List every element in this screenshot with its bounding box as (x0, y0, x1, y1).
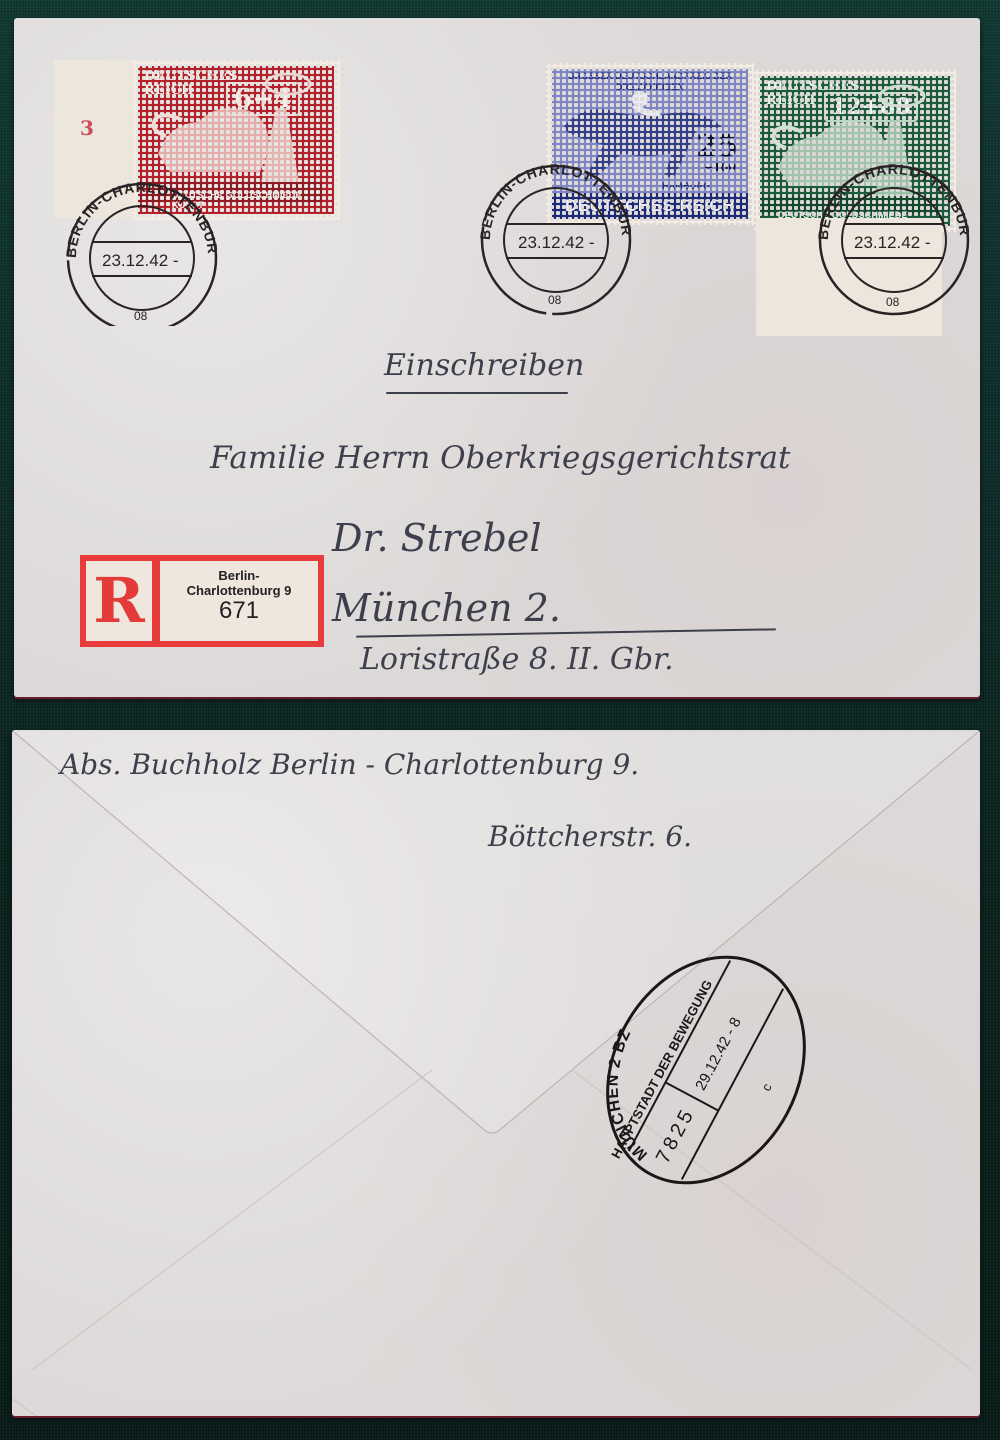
registration-letter: R (86, 561, 152, 641)
svg-text:08: 08 (134, 309, 148, 323)
stamp-caption: HAMBURG (662, 181, 710, 191)
registration-office-line1: Berlin- (160, 568, 318, 583)
registration-info: Berlin- Charlottenburg 9 671 (160, 561, 318, 641)
stamp-sheet-margin (54, 60, 136, 218)
plate-number: 3 (80, 116, 94, 140)
address-line3: München 2. (332, 586, 561, 630)
registration-label: R Berlin- Charlottenburg 9 671 (80, 555, 324, 647)
stamp-surcharge: +100 (704, 161, 736, 174)
sender-line1: Abs. Buchholz Berlin - Charlottenburg 9. (60, 748, 639, 781)
address-line1: Familie Herrn Oberkriegsgerichtsrat (210, 440, 790, 476)
registration-office-line2: Charlottenburg 9 (160, 583, 318, 598)
envelope-back: Abs. Buchholz Berlin - Charlottenburg 9.… (12, 730, 980, 1416)
address-line2: Dr. Strebel (332, 516, 542, 560)
lion-trophy-illustration (760, 76, 938, 214)
svg-text:08: 08 (548, 293, 562, 307)
stamp-country-banner: DEUTSCHES REICH (552, 193, 748, 219)
stamp-caption: DEUTSCHE GOLDSCHMIEDE KUNST (172, 190, 334, 210)
stamp-goldsmith-green: DEUTSCHES REICH 12+88 DEUTSCHE GOLDSCHMI… (754, 70, 956, 232)
svg-text:23.12.42 -: 23.12.42 - (102, 251, 179, 270)
stamp-goldsmith-red: DEUTSCHES REICH 6+4 DEUTSCHE GOLDSCHMIED… (132, 60, 340, 220)
address-line4: Loristraße 8. II. Gbr. (360, 642, 674, 677)
stamp-horse-race-blue: GROSSER DEUTSCHLANDPREIS DER DREIJÄHRIGE… (546, 63, 754, 225)
sender-line2: Böttcherstr. 6. (488, 820, 692, 853)
svg-text:23.12.42 -: 23.12.42 - (518, 233, 595, 252)
envelope-front: 3 DEUTSCHES REICH 6+4 DEUTSCHE GOLDSCHMI… (14, 18, 980, 697)
service-underline (386, 392, 568, 394)
service-annotation: Einschreiben (384, 348, 584, 383)
lion-trophy-illustration (138, 66, 322, 202)
stamp-sheet-margin (756, 218, 942, 336)
registration-number: 671 (160, 598, 318, 624)
stamp-value: 25 (696, 129, 738, 164)
